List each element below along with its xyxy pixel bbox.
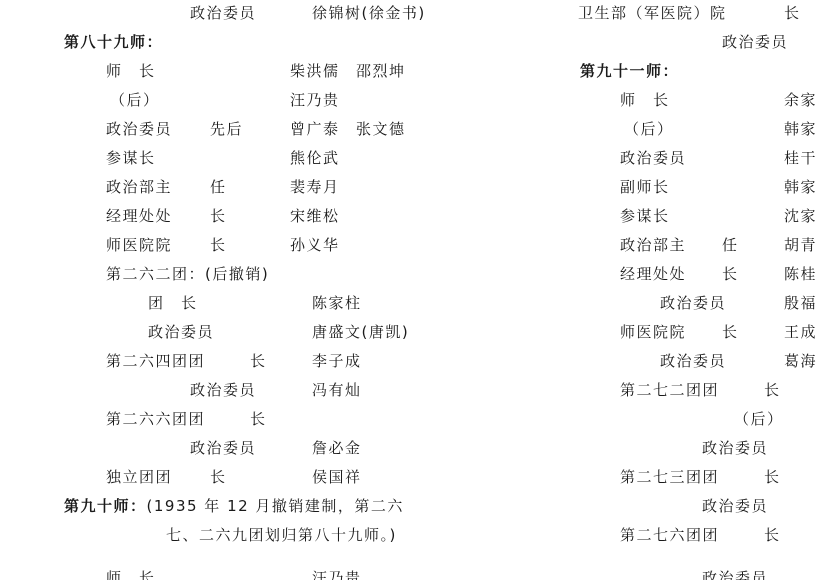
text-cell: 汪乃贵 [290, 91, 340, 109]
text-cell: 第九十一师： [580, 62, 679, 80]
text-cell: 经理处处 [620, 265, 686, 283]
text-cell: 政治委员 [702, 497, 768, 515]
text-cell: 詹必金 [312, 439, 362, 457]
text-cell: 独立团团 [106, 468, 172, 486]
text-cell: 政治委员 [660, 352, 726, 370]
text-cell: 裴寿月 [290, 178, 340, 196]
text-cell: 陈家柱 [312, 294, 362, 312]
text-cell: 师 长 [106, 62, 156, 80]
text-cell: 长 [784, 4, 801, 22]
text-cell: 任 [210, 178, 227, 196]
text-cell: 任 [722, 236, 739, 254]
text-cell: 长 [722, 323, 739, 341]
text-cell: 唐盛文(唐凯) [312, 323, 409, 341]
text-cell: 余家 [784, 91, 816, 109]
text-cell: 政治委员 [190, 4, 256, 22]
text-cell: 长 [210, 207, 227, 225]
text-cell: 熊伦武 [290, 149, 340, 167]
text-cell: 胡青 [784, 236, 816, 254]
text-cell: 长 [210, 236, 227, 254]
text-cell: 师医院院 [620, 323, 686, 341]
text-cell: 长 [764, 526, 781, 544]
text-cell: 侯国祥 [312, 468, 362, 486]
text-cell: 汪乃贵 [312, 569, 362, 580]
section-heading: 第九十师： [64, 497, 147, 515]
text-cell: 曾广泰 张文德 [290, 120, 406, 138]
text-cell: 宋维松 [290, 207, 340, 225]
text-cell: 师医院院 [106, 236, 172, 254]
text-cell: 第二七三团团 [620, 468, 719, 486]
text-cell: 长 [250, 352, 267, 370]
text-cell: 政治委员 [190, 439, 256, 457]
text-cell: 沈家 [784, 207, 816, 225]
text-cell: 韩家 [784, 120, 816, 138]
text-cell: 葛海 [784, 352, 816, 370]
text-cell: （后） [624, 120, 674, 138]
text-cell: 第二六四团团 [106, 352, 205, 370]
text-cell: （后） [734, 410, 784, 428]
text-cell: 团 长 [148, 294, 198, 312]
text-cell: 长 [250, 410, 267, 428]
text-cell: 政治委员 [106, 120, 172, 138]
text-cell: 参谋长 [106, 149, 156, 167]
text-cell: 七、二六九团划归第八十九师。) [166, 526, 397, 544]
text-cell: 第九十师：(1935 年 12 月撤销建制，第二六 [64, 497, 404, 515]
text-cell: 政治委员 [722, 33, 788, 51]
text-cell: 孙义华 [290, 236, 340, 254]
text-cell: 政治部主 [620, 236, 686, 254]
text-cell: 桂干 [784, 149, 816, 167]
text-cell: 徐锦树(徐金书) [312, 4, 426, 22]
text-cell: 长 [722, 265, 739, 283]
scanned-book-page: 政治委员徐锦树(徐金书)第八十九师：师 长柴洪儒 邵烈坤（后）汪乃贵政治委员先后… [0, 0, 816, 580]
text-cell: 柴洪儒 邵烈坤 [290, 62, 406, 80]
text-cell: 经理处处 [106, 207, 172, 225]
text-cell: （后） [110, 91, 160, 109]
text-cell: 师 长 [106, 569, 156, 580]
text-cell: 第八十九师： [64, 33, 163, 51]
text-cell: 第二七二团团 [620, 381, 719, 399]
text-cell: 政治委员 [148, 323, 214, 341]
text-cell: 第二六二团：(后撤销) [106, 265, 269, 283]
text-cell: 王成 [784, 323, 816, 341]
text-cell: 长 [764, 381, 781, 399]
text-cell: 参谋长 [620, 207, 670, 225]
text-cell: 政治委员 [190, 381, 256, 399]
text-cell: 副师长 [620, 178, 670, 196]
text-cell: 陈桂 [784, 265, 816, 283]
text-cell: 政治委员 [660, 294, 726, 312]
text-cell: 第二六六团团 [106, 410, 205, 428]
text-cell: 长 [764, 468, 781, 486]
text-cell: 卫生部（军医院）院 [578, 4, 727, 22]
text-cell: 殷福 [784, 294, 816, 312]
text-cell: 政治部主 [106, 178, 172, 196]
text-cell: 政治委员 [702, 439, 768, 457]
text-cell: 长 [210, 468, 227, 486]
text-cell: 师 长 [620, 91, 670, 109]
text-cell: 冯有灿 [312, 381, 362, 399]
text-cell: 政治委员 [702, 569, 768, 580]
text-cell: 韩家 [784, 178, 816, 196]
text-cell: 先后 [210, 120, 243, 138]
text-cell: 李子成 [312, 352, 362, 370]
text-cell: 政治委员 [620, 149, 686, 167]
text-cell: 第二七六团团 [620, 526, 719, 544]
